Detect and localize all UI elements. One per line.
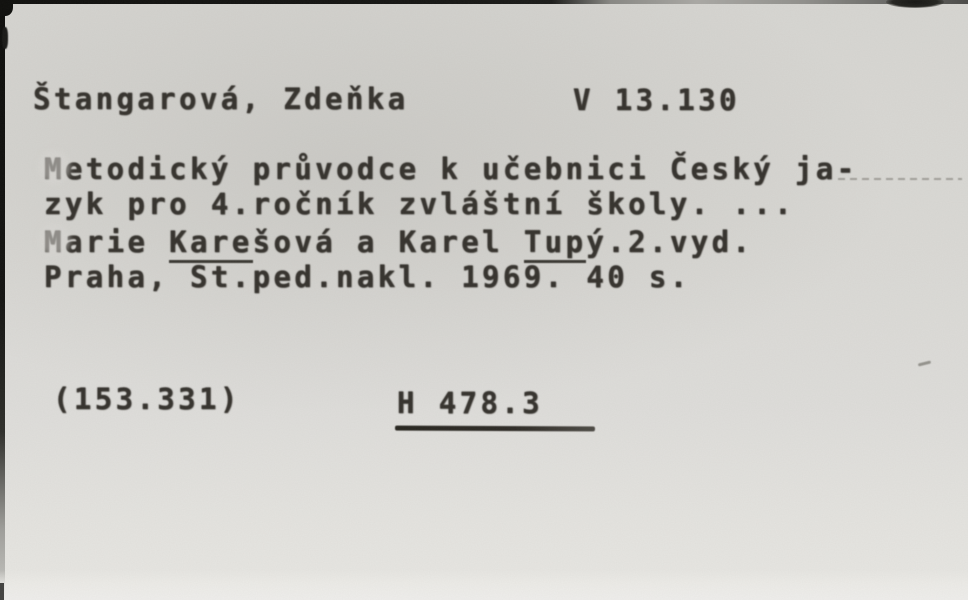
shelf-mark: H 478.3: [397, 386, 543, 420]
call-number: V 13.130: [573, 83, 740, 117]
underlined-surname-tupy: Tup: [524, 225, 587, 263]
authors-statement-mid: šová a Karel: [253, 225, 524, 259]
title-line-1: Metodický průvodce k učebnici Český ja-: [44, 152, 858, 186]
imprint-line: Praha, St.ped.nakl. 1969. 40 s.: [44, 260, 691, 294]
paper-bottom-light-band: [0, 570, 968, 600]
ink-fade-patch: [38, 150, 70, 184]
scan-edge-top: [0, 0, 968, 4]
paper-speck: [918, 360, 931, 366]
faint-typewriter-streak: [838, 178, 962, 180]
scan-corner-mark: [0, 0, 13, 16]
scan-edge-nub: [2, 27, 8, 49]
title-line-2: zyk pro 4.ročník zvláštní školy. ...: [44, 187, 795, 221]
author-heading: Štangarová, Zdeňka: [33, 82, 408, 116]
authors-statement-suffix: ý.2.vyd.: [586, 225, 753, 259]
scan-bottom-left-nub: [0, 583, 4, 600]
ink-fade-patch: [38, 224, 70, 256]
underlined-surname-karesova: Kare: [169, 225, 252, 263]
catalog-card-scan: Štangarová, Zdeňka V 13.130 Metodický pr…: [0, 0, 968, 600]
scan-top-right-blob: [886, 0, 944, 8]
title-line-3: Marie Karešová a Karel Tupý.2.vyd.: [44, 225, 753, 259]
udc-number: (153.331): [53, 382, 241, 416]
scan-edge-left: [0, 0, 5, 600]
shelf-mark-underline: [395, 426, 595, 432]
